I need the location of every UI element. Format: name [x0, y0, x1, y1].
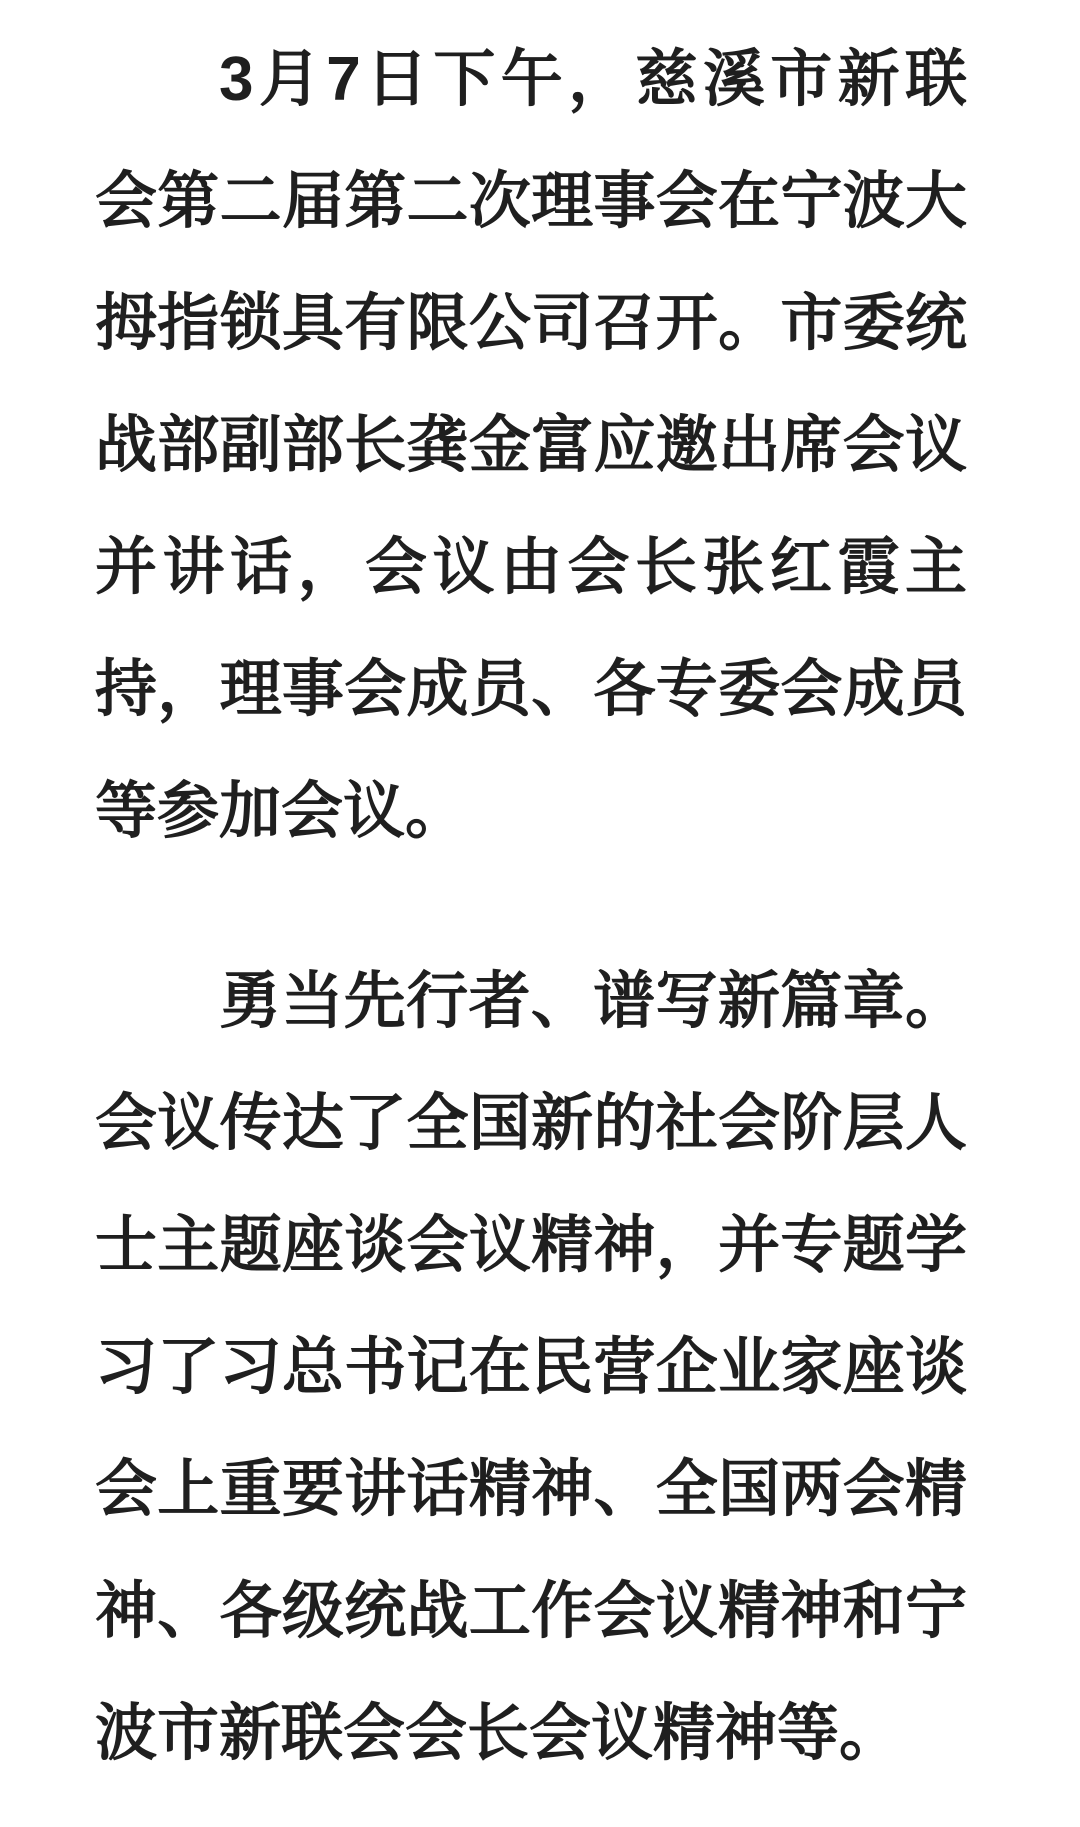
article-paragraph-2: 勇当先行者、谱写新篇章。会议传达了全国新的社会阶层人士主题座谈会议精神，并专题学…: [95, 941, 967, 1795]
article-body: 3月7日下午，慈溪市新联会第二届第二次理事会在宁波大拇指锁具有限公司召开。市委统…: [0, 0, 1080, 1795]
article-paragraph-1: 3月7日下午，慈溪市新联会第二届第二次理事会在宁波大拇指锁具有限公司召开。市委统…: [95, 19, 967, 873]
